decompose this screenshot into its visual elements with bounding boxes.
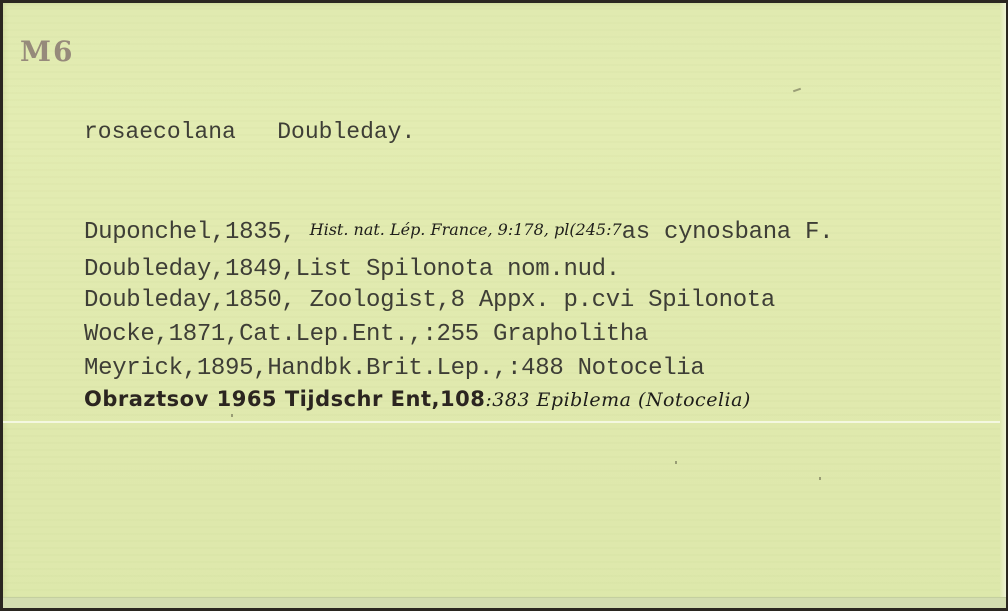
ink-speck bbox=[675, 461, 677, 464]
handwritten-citation: :383 Epiblema (Notocelia) bbox=[485, 389, 751, 411]
species-name: rosaecolana bbox=[84, 119, 236, 145]
scan-artifact-line bbox=[3, 421, 1006, 423]
reference-entry: Meyrick,1895,Handbk.Brit.Lep.,:488 Notoc… bbox=[84, 355, 705, 382]
typed-citation: Duponchel,1835, bbox=[84, 219, 310, 246]
reference-entry: Duponchel,1835, Hist. nat. Lép. France, … bbox=[84, 219, 833, 246]
card-stamp-code: M6 bbox=[20, 35, 74, 68]
reference-entry-stamped: Obraztsov 1965 Tijdschr Ent,108:383 Epib… bbox=[84, 387, 751, 411]
ink-speck bbox=[819, 477, 821, 480]
species-heading: rosaecolana Doubleday. bbox=[84, 119, 415, 145]
card-edge bbox=[3, 597, 1006, 608]
stamped-citation: Obraztsov 1965 Tijdschr Ent,108 bbox=[84, 387, 485, 411]
index-card: M6 rosaecolana Doubleday. Duponchel,1835… bbox=[3, 3, 1006, 608]
ink-speck bbox=[793, 88, 801, 93]
handwritten-citation: Hist. nat. Lép. France, 9:178, pl(245:7 bbox=[310, 220, 622, 239]
ink-speck bbox=[231, 414, 233, 417]
card-edge bbox=[1000, 3, 1006, 608]
reference-entry: Doubleday,1849,List Spilonota nom.nud. bbox=[84, 256, 620, 283]
reference-entry: Doubleday,1850, Zoologist,8 Appx. p.cvi … bbox=[84, 287, 775, 314]
typed-note: as cynosbana F. bbox=[622, 219, 834, 246]
species-author: Doubleday. bbox=[277, 119, 415, 145]
reference-entry: Wocke,1871,Cat.Lep.Ent.,:255 Grapholitha bbox=[84, 321, 648, 348]
